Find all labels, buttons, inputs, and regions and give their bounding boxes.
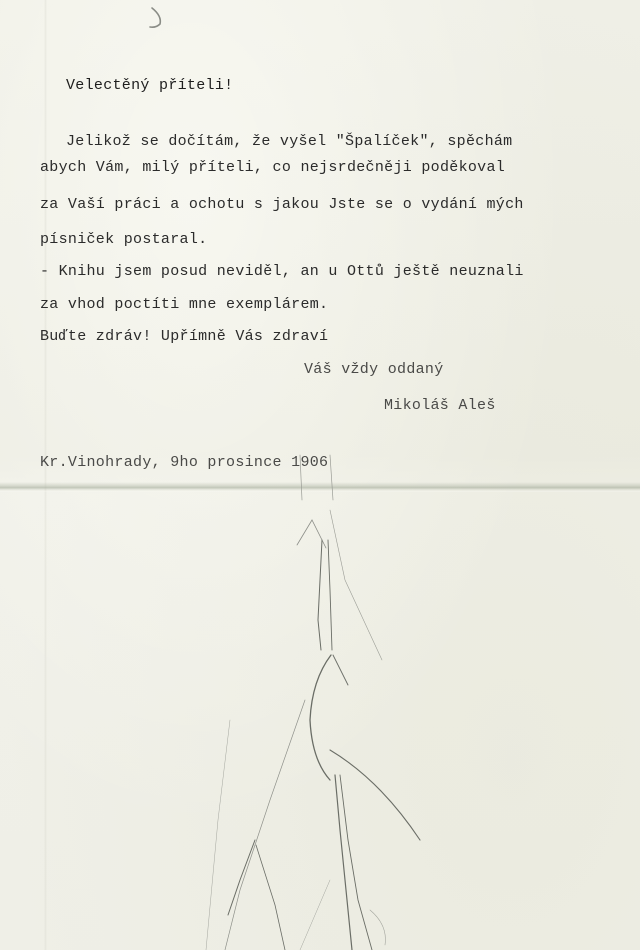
letter-signature: Mikoláš Aleš: [384, 398, 496, 413]
letter-body-line: za Vaší práci a ochotu s jakou Jste se o…: [40, 197, 524, 212]
vertical-fold-crease: [44, 0, 47, 950]
letter-body-line: za vhod poctíti mne exemplárem.: [40, 297, 328, 312]
letter-body-line: písniček postaral.: [40, 232, 207, 247]
letter-page: Velectěný příteli! Jelikož se dočítám, ž…: [0, 0, 640, 950]
letter-salutation: Velectěný příteli!: [66, 78, 233, 93]
letter-body-line: - Knihu jsem posud neviděl, an u Ottů je…: [40, 264, 524, 279]
letter-body-line: Jelikož se dočítám, že vyšel "Špalíček",…: [66, 134, 512, 149]
letter-body-line: Buďte zdráv! Upřímně Vás zdraví: [40, 329, 328, 344]
letter-place-date: Kr.Vinohrady, 9ho prosince 1906: [40, 455, 328, 470]
letter-body-line: abych Vám, milý příteli, co nejsrdečněji…: [40, 160, 505, 175]
letter-closing: Váš vždy oddaný: [304, 362, 444, 377]
horizontal-fold-crease: [0, 482, 640, 492]
